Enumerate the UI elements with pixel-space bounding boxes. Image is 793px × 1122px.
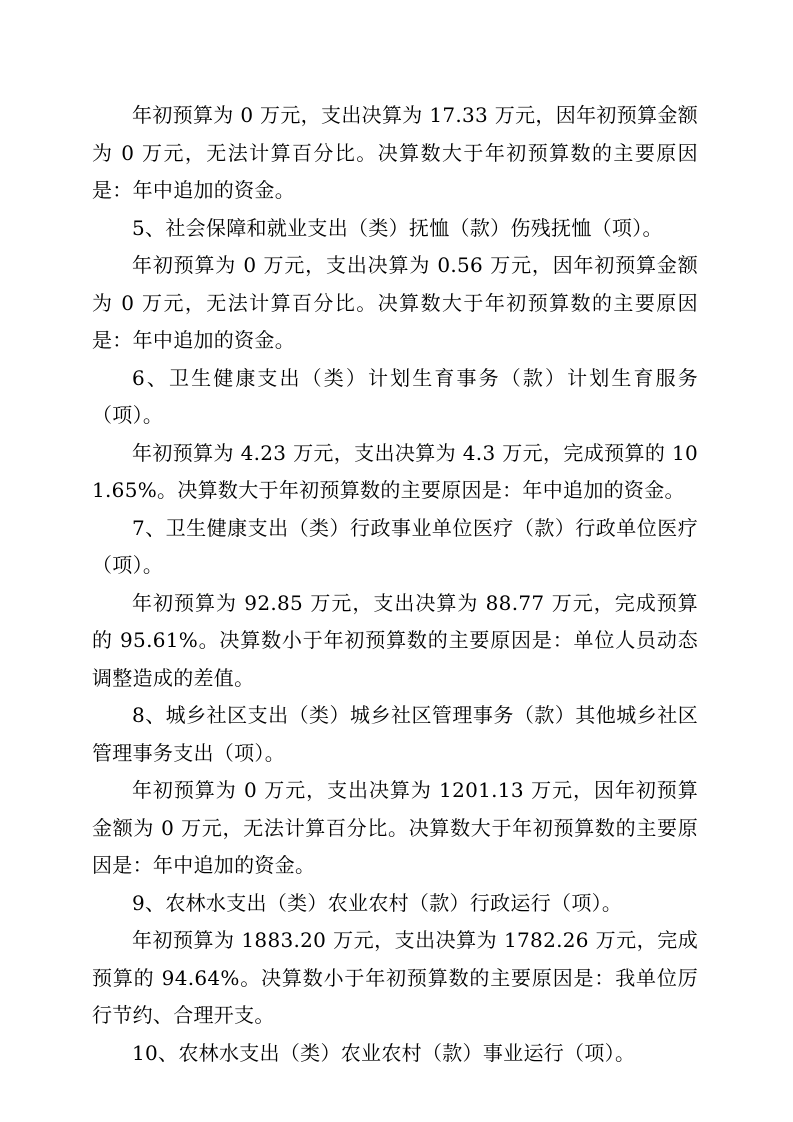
paragraph-item-8-heading: 8、城乡社区支出（类）城乡社区管理事务（款）其他城乡社区管理事务支出（项）。	[92, 697, 698, 772]
document-page: 年初预算为 0 万元，支出决算为 17.33 万元，因年初预算金额为 0 万元，…	[0, 0, 793, 1122]
paragraph-item-6-heading: 6、卫生健康支出（类）计划生育事务（款）计划生育服务（项）。	[92, 360, 698, 435]
paragraph-item-7-heading: 7、卫生健康支出（类）行政事业单位医疗（款）行政单位医疗（项）。	[92, 510, 698, 585]
paragraph-item-5-heading: 5、社会保障和就业支出（类）抚恤（款）伤残抚恤（项）。	[92, 210, 698, 248]
document-body: 年初预算为 0 万元，支出决算为 17.33 万元，因年初预算金额为 0 万元，…	[92, 97, 698, 1072]
paragraph-budget-note-7: 年初预算为 92.85 万元，支出决算为 88.77 万元，完成预算的 95.6…	[92, 585, 698, 698]
paragraph-item-9-heading: 9、农林水支出（类）农业农村（款）行政运行（项）。	[92, 885, 698, 923]
paragraph-budget-note-4: 年初预算为 0 万元，支出决算为 17.33 万元，因年初预算金额为 0 万元，…	[92, 97, 698, 210]
paragraph-budget-note-9: 年初预算为 1883.20 万元，支出决算为 1782.26 万元，完成预算的 …	[92, 922, 698, 1035]
paragraph-budget-note-8: 年初预算为 0 万元，支出决算为 1201.13 万元，因年初预算金额为 0 万…	[92, 772, 698, 885]
paragraph-budget-note-6: 年初预算为 4.23 万元，支出决算为 4.3 万元，完成预算的 101.65%…	[92, 435, 698, 510]
paragraph-budget-note-5: 年初预算为 0 万元，支出决算为 0.56 万元，因年初预算金额为 0 万元，无…	[92, 247, 698, 360]
paragraph-item-10-heading: 10、农林水支出（类）农业农村（款）事业运行（项）。	[92, 1035, 698, 1073]
